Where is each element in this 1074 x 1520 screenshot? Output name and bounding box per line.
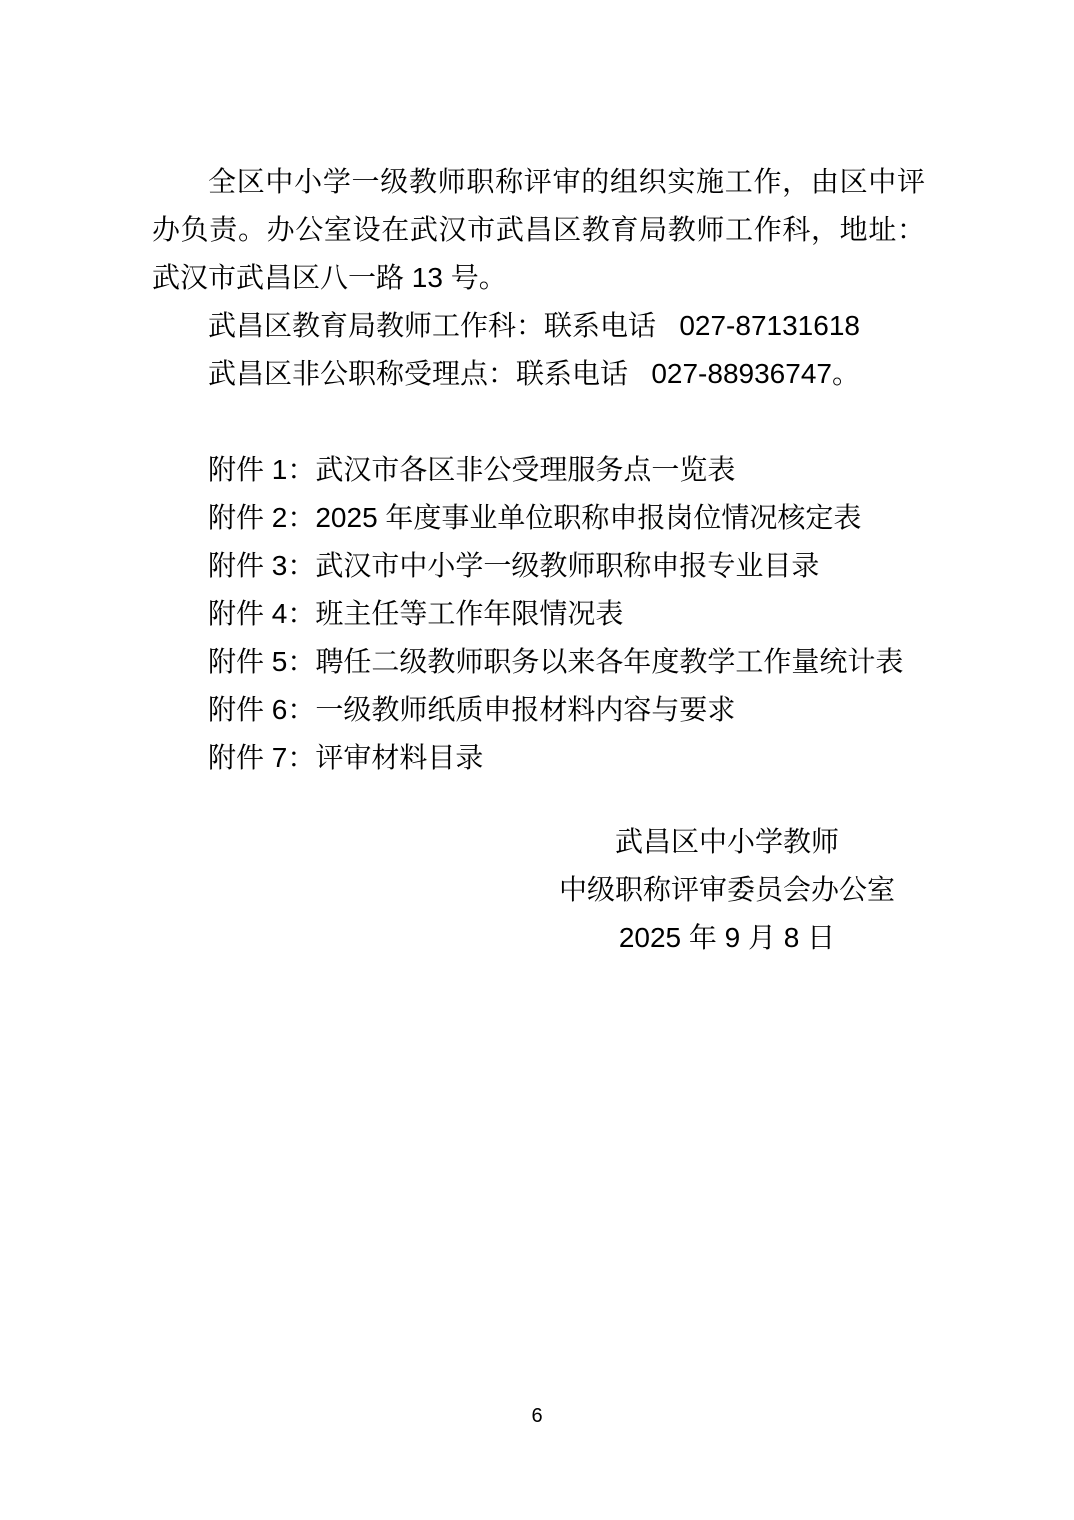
main-paragraph: 全区中小学一级教师职称评审的组织实施工作，由区中评办负责。办公室设在武汉市武昌区…: [152, 158, 925, 302]
signature-block: 武昌区中小学教师 中级职称评审委员会办公室 2025 年 9 月 8 日: [517, 818, 937, 962]
signature-org-line2: 中级职称评审委员会办公室: [517, 866, 937, 914]
attachment-list: 附件 1：武汉市各区非公受理服务点一览表 附件 2：2025 年度事业单位职称申…: [152, 446, 925, 782]
signature-org-line1: 武昌区中小学教师: [517, 818, 937, 866]
document-page: 全区中小学一级教师职称评审的组织实施工作，由区中评办负责。办公室设在武汉市武昌区…: [0, 0, 1074, 1520]
attachment-item-7: 附件 7：评审材料目录: [152, 734, 925, 782]
contact-line-teacher-office: 武昌区教育局教师工作科：联系电话 027-87131618: [152, 302, 925, 350]
attachment-item-3: 附件 3：武汉市中小学一级教师职称申报专业目录: [152, 542, 925, 590]
spacer: [152, 398, 925, 446]
attachment-item-1: 附件 1：武汉市各区非公受理服务点一览表: [152, 446, 925, 494]
attachment-item-2: 附件 2：2025 年度事业单位职称申报岗位情况核定表: [152, 494, 925, 542]
signature-date: 2025 年 9 月 8 日: [517, 914, 937, 962]
document-content: 全区中小学一级教师职称评审的组织实施工作，由区中评办负责。办公室设在武汉市武昌区…: [152, 0, 925, 962]
spacer: [152, 782, 925, 818]
page-number: 6: [0, 1404, 1074, 1428]
attachment-item-6: 附件 6：一级教师纸质申报材料内容与要求: [152, 686, 925, 734]
contact-line-nonpublic-office: 武昌区非公职称受理点：联系电话 027-88936747。: [152, 350, 925, 398]
attachment-item-5: 附件 5：聘任二级教师职务以来各年度教学工作量统计表: [152, 638, 925, 686]
attachment-item-4: 附件 4：班主任等工作年限情况表: [152, 590, 925, 638]
